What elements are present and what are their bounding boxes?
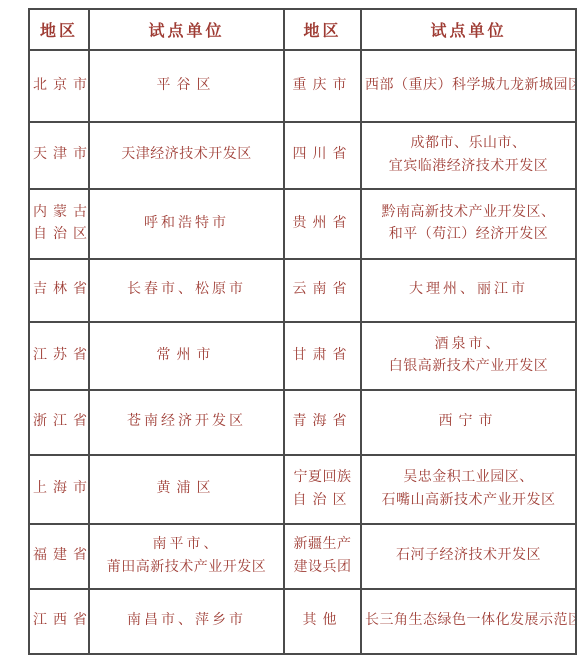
cell-line: 宜宾临港经济技术开发区 [389,159,549,174]
table-row: 福建省南平市、莆田高新技术产业开发区新疆生产建设兵团石河子经济技术开发区 [29,524,576,589]
unit-cell: 平谷区 [89,50,284,122]
region-cell: 重庆市 [284,50,361,122]
cell-line: 四川省 [293,147,353,162]
region-cell: 甘肃省 [284,322,361,390]
cell-line: 新疆生产 [294,537,352,552]
table-row: 江苏省常州市甘肃省酒泉市、白银高新技术产业开发区 [29,322,576,390]
cell-line: 常州市 [157,348,217,363]
region-cell: 四川省 [284,122,361,189]
unit-cell: 呼和浩特市 [89,189,284,259]
table-body: 北京市平谷区重庆市西部（重庆）科学城九龙新城园区天津市天津经济技术开发区四川省成… [29,50,576,654]
cell-line: 上海市 [33,481,89,496]
unit-cell: 石河子经济技术开发区 [361,524,576,589]
table-row: 江西省南昌市、萍乡市其他长三角生态绿色一体化发展示范区 [29,589,576,654]
region-cell: 宁夏回族自治区 [284,455,361,524]
cell-line: 自治区 [33,227,89,242]
cell-line: 江苏省 [33,348,89,363]
cell-line: 其他 [303,613,343,628]
region-cell: 江西省 [29,589,89,654]
cell-line: 呼和浩特市 [144,216,229,231]
cell-line: 贵州省 [293,216,353,231]
cell-line: 长春市、松原市 [127,282,246,297]
cell-line: 南昌市、萍乡市 [127,613,246,628]
region-cell: 青海省 [284,390,361,455]
cell-line: 内蒙古 [33,205,89,220]
pilot-units-table: 地区 试点单位 地区 试点单位 北京市平谷区重庆市西部（重庆）科学城九龙新城园区… [28,8,577,655]
unit-cell: 吴忠金积工业园区、石嘴山高新技术产业开发区 [361,455,576,524]
cell-line: 吴忠金积工业园区、 [403,470,534,485]
cell-line: 吉林省 [33,282,89,297]
cell-line: 北京市 [33,78,89,93]
cell-line: 和平（苟江）经济开发区 [389,227,549,242]
unit-cell: 南平市、莆田高新技术产业开发区 [89,524,284,589]
cell-line: 大理州、丽江市 [409,282,528,297]
cell-line: 酒泉市、 [435,337,503,352]
header-row: 地区 试点单位 地区 试点单位 [29,9,576,50]
column-header-region-left: 地区 [29,9,89,50]
cell-line: 石河子经济技术开发区 [396,548,541,563]
cell-line: 重庆市 [293,78,353,93]
region-cell: 其他 [284,589,361,654]
region-cell: 吉林省 [29,259,89,322]
cell-line: 福建省 [33,548,89,563]
region-cell: 福建省 [29,524,89,589]
cell-line: 自治区 [293,493,353,508]
unit-cell: 西宁市 [361,390,576,455]
cell-line: 黔南高新技术产业开发区、 [382,205,556,220]
region-cell: 新疆生产建设兵团 [284,524,361,589]
unit-cell: 黄浦区 [89,455,284,524]
unit-cell: 常州市 [89,322,284,390]
cell-line: 青海省 [293,414,353,429]
region-cell: 浙江省 [29,390,89,455]
cell-line: 莆田高新技术产业开发区 [107,560,267,575]
cell-line: 南平市、 [153,537,221,552]
unit-cell: 成都市、乐山市、宜宾临港经济技术开发区 [361,122,576,189]
unit-cell: 苍南经济开发区 [89,390,284,455]
column-header-region-right: 地区 [284,9,361,50]
unit-cell: 长春市、松原市 [89,259,284,322]
table-row: 上海市黄浦区宁夏回族自治区吴忠金积工业园区、石嘴山高新技术产业开发区 [29,455,576,524]
region-cell: 内蒙古自治区 [29,189,89,259]
unit-cell: 黔南高新技术产业开发区、和平（苟江）经济开发区 [361,189,576,259]
cell-line: 苍南经济开发区 [127,414,246,429]
cell-line: 江西省 [33,613,89,628]
table-row: 吉林省长春市、松原市云南省大理州、丽江市 [29,259,576,322]
table-row: 浙江省苍南经济开发区青海省西宁市 [29,390,576,455]
cell-line: 西宁市 [439,414,499,429]
region-cell: 江苏省 [29,322,89,390]
region-cell: 贵州省 [284,189,361,259]
cell-line: 天津市 [33,147,89,162]
cell-line: 长三角生态绿色一体化发展示范区 [365,613,576,628]
table-row: 内蒙古自治区呼和浩特市贵州省黔南高新技术产业开发区、和平（苟江）经济开发区 [29,189,576,259]
cell-line: 云南省 [293,282,353,297]
cell-line: 浙江省 [33,414,89,429]
unit-cell: 长三角生态绿色一体化发展示范区 [361,589,576,654]
cell-line: 平谷区 [157,78,217,93]
unit-cell: 大理州、丽江市 [361,259,576,322]
cell-line: 西部（重庆）科学城九龙新城园区 [365,78,576,93]
cell-line: 白银高新技术产业开发区 [389,359,549,374]
cell-line: 天津经济技术开发区 [121,147,252,162]
unit-cell: 南昌市、萍乡市 [89,589,284,654]
cell-line: 石嘴山高新技术产业开发区 [382,493,556,508]
table-header: 地区 试点单位 地区 试点单位 [29,9,576,50]
column-header-unit-right: 试点单位 [361,9,576,50]
table-row: 天津市天津经济技术开发区四川省成都市、乐山市、宜宾临港经济技术开发区 [29,122,576,189]
cell-line: 成都市、乐山市、 [411,136,527,151]
cell-line: 黄浦区 [157,481,217,496]
region-cell: 云南省 [284,259,361,322]
cell-line: 建设兵团 [294,560,352,575]
region-cell: 北京市 [29,50,89,122]
region-cell: 上海市 [29,455,89,524]
cell-line: 甘肃省 [293,348,353,363]
unit-cell: 酒泉市、白银高新技术产业开发区 [361,322,576,390]
region-cell: 天津市 [29,122,89,189]
table-row: 北京市平谷区重庆市西部（重庆）科学城九龙新城园区 [29,50,576,122]
unit-cell: 天津经济技术开发区 [89,122,284,189]
column-header-unit-left: 试点单位 [89,9,284,50]
page: 地区 试点单位 地区 试点单位 北京市平谷区重庆市西部（重庆）科学城九龙新城园区… [0,0,587,662]
cell-line: 宁夏回族 [294,470,352,485]
unit-cell: 西部（重庆）科学城九龙新城园区 [361,50,576,122]
